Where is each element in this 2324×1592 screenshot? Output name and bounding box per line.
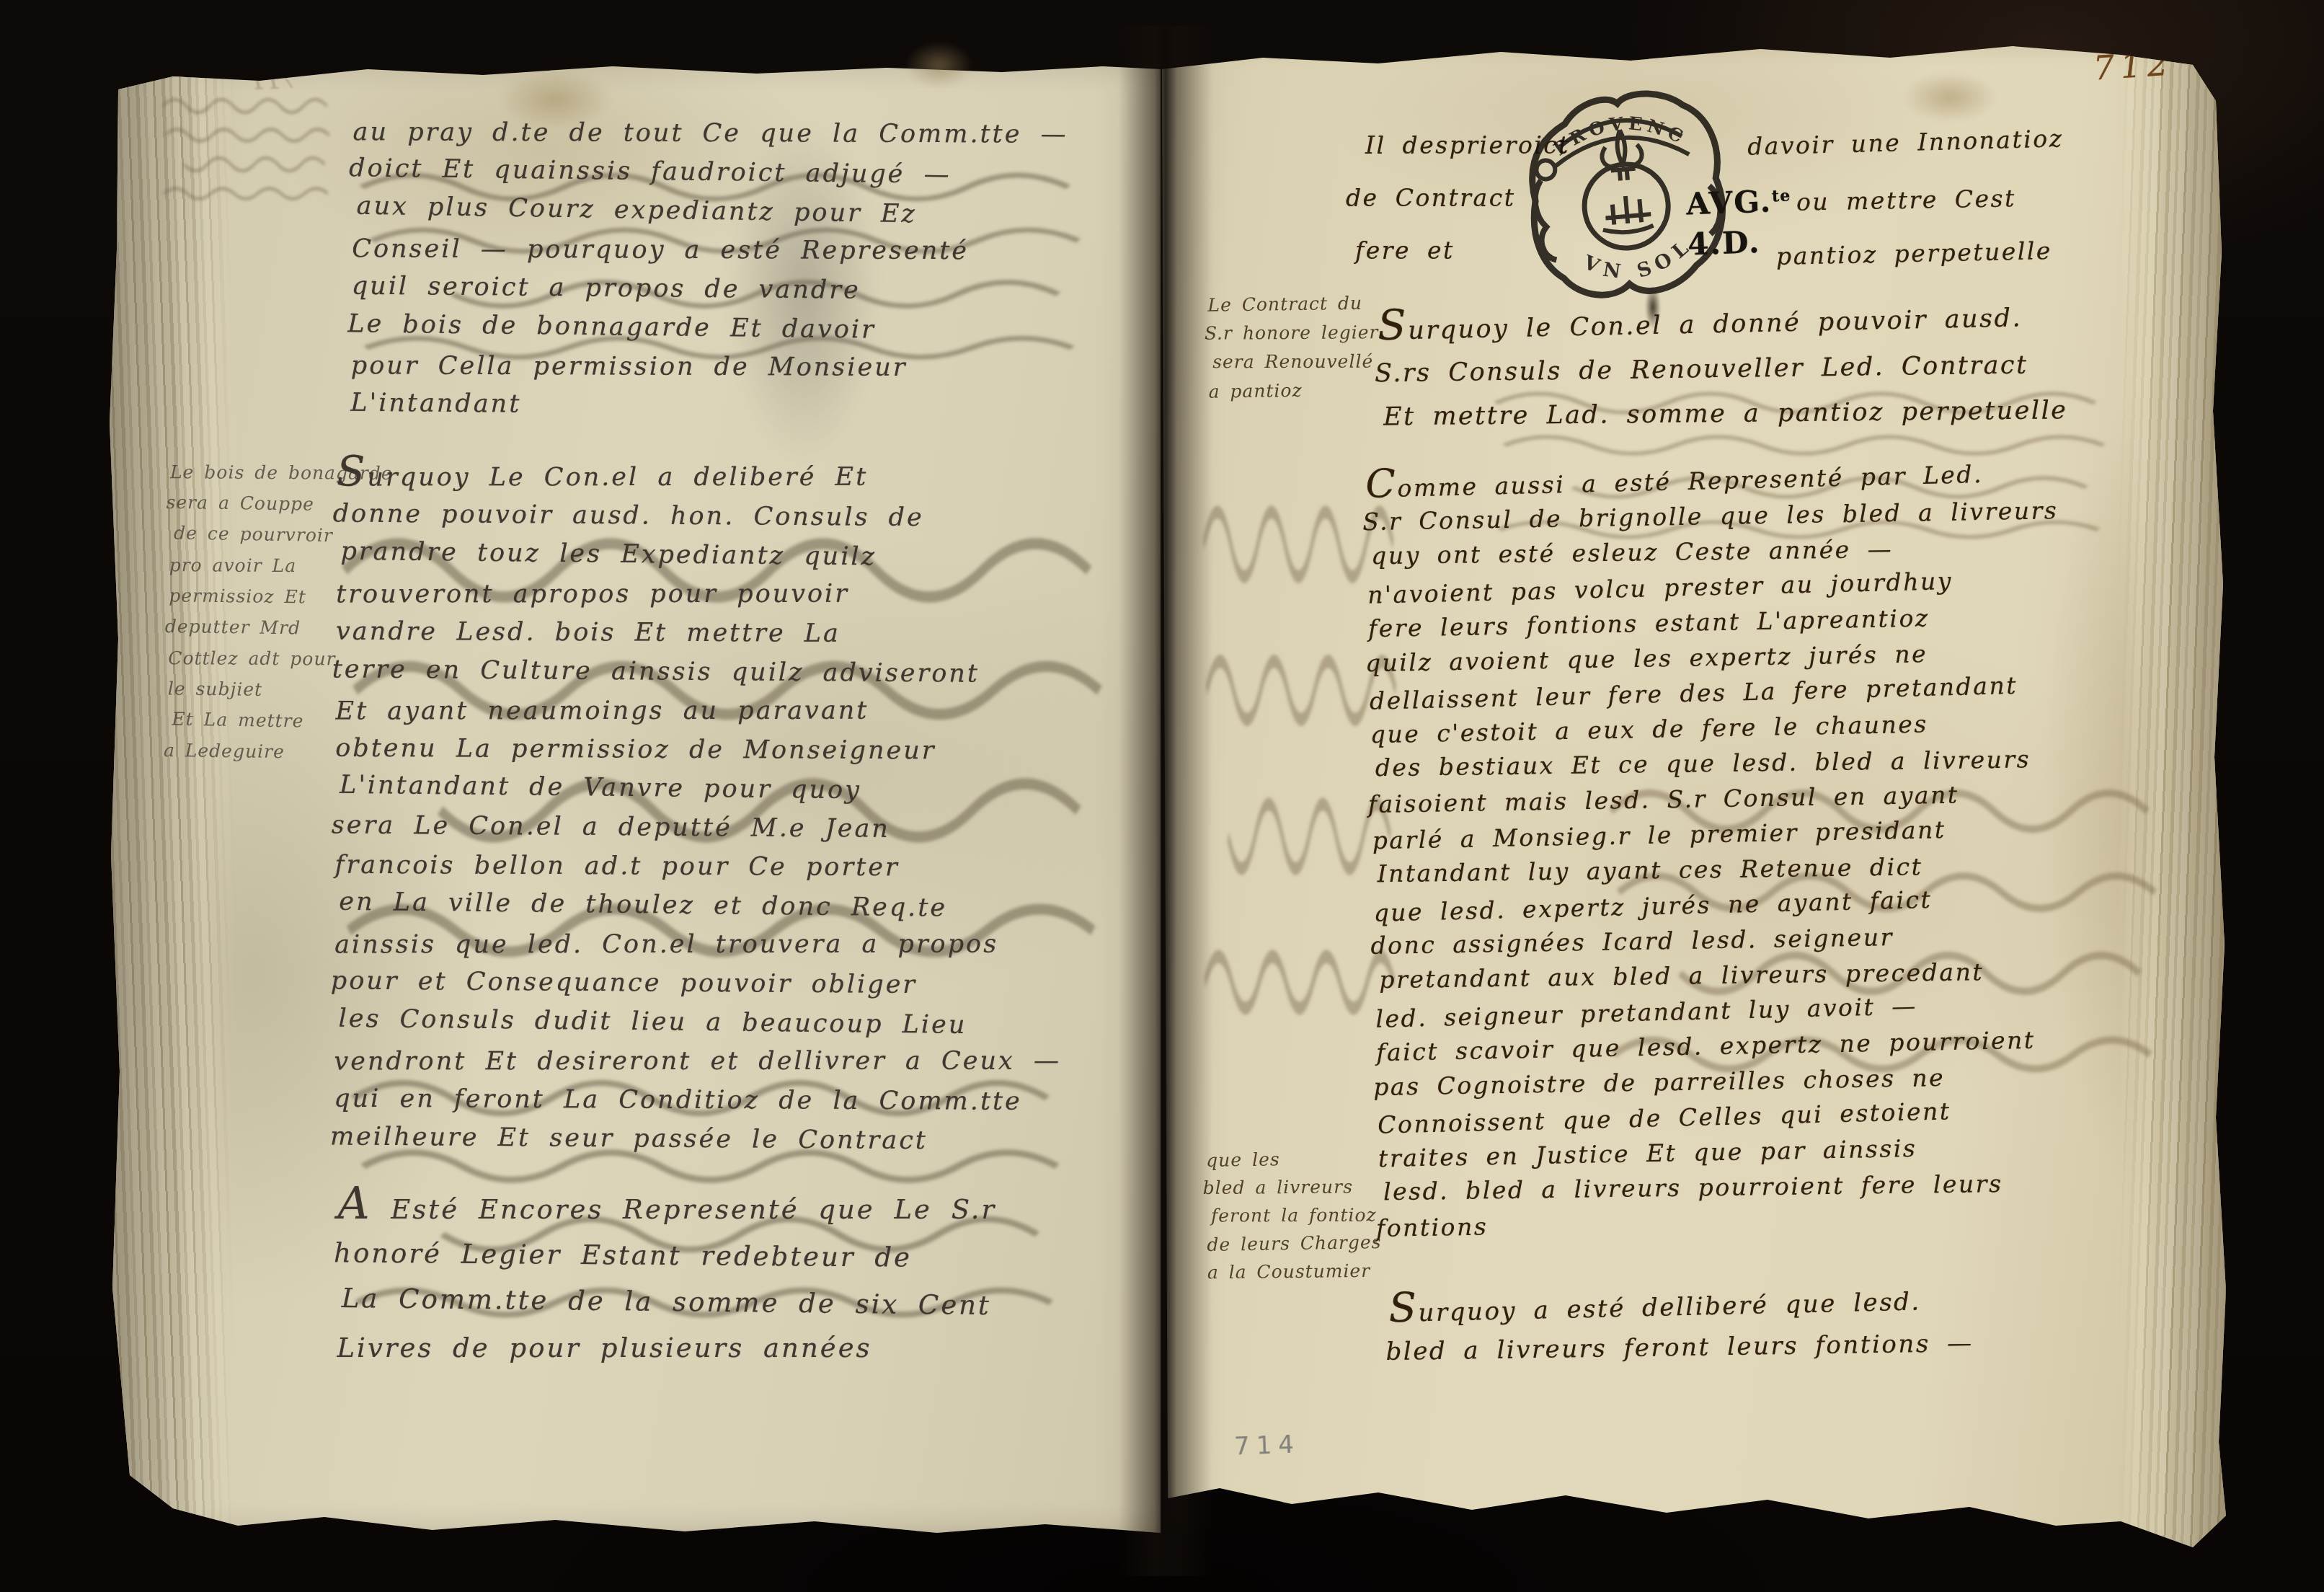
manuscript-line: Livres de pour plusieurs années	[337, 1325, 995, 1371]
manuscript-line: L'intandant	[350, 384, 1065, 429]
left-paragraph-3: A Esté Encores Representé que Le S.r hon…	[337, 1180, 996, 1374]
margin-note-line: a pantioz	[1208, 375, 1383, 406]
header-fragment: pantioz perpetuelle	[1776, 236, 2053, 270]
margin-note-line: S.r honore legier	[1205, 318, 1379, 348]
right-paragraph-1: Surquoy le Con.el a donné pouvoir ausd. …	[1378, 291, 2064, 442]
header-fragment: ou mettre Cest	[1796, 184, 2016, 216]
manuscript-line: meilheure Et seur passée le Contract	[330, 1117, 1057, 1161]
manuscript-line: francois bellon ad.t pour Ce porter	[335, 846, 1063, 888]
manuscript-line: vendront Et desireront et dellivrer a Ce…	[334, 1042, 1061, 1082]
manuscript-line: L'intandant de Vanvre pour quoy	[340, 766, 1067, 813]
left-paragraph-1: au pray d.te de tout Ce que la Comm.tte …	[350, 111, 1068, 429]
manuscript-line: vandre Lesd. bois Et mettre La	[336, 612, 1063, 654]
right-paragraph-3: Surquoy a esté delliberé que lesd. bled …	[1388, 1277, 1977, 1373]
stamp-surcharge-superscript: te	[1772, 186, 1791, 205]
left-paragraph-2: Surquoy Le Con.el a deliberé Et donne po…	[334, 450, 1064, 1160]
right-page: 712 Il desprieroict de Contract fere et …	[1162, 36, 2226, 1559]
stamp-surcharge-line: AVG.te	[1685, 176, 1791, 225]
right-margin-note-top: Le Contract du S.r honore legier sera Re…	[1207, 289, 1383, 406]
margin-note-line: de leurs Charges	[1207, 1228, 1382, 1259]
header-fragment: de Contract	[1346, 184, 1515, 212]
manuscript-line: obtenu La permissioz de Monseigneur	[335, 729, 1063, 771]
header-fragment: fere et	[1355, 236, 1455, 265]
manuscript-line: quil seroict a propos de vandre	[352, 267, 1067, 312]
manuscript-line: pour Cella permission de Monsieur	[351, 346, 1066, 387]
manuscript-line: au pray d.te de tout Ce que la Comm.tte …	[353, 112, 1068, 154]
margin-note-line: bled a livreurs	[1202, 1172, 1377, 1202]
stamp-surcharge-line: 4.D.	[1687, 221, 1793, 265]
manuscript-line: en La ville de thoulez et donc Req.te	[339, 883, 1066, 929]
manuscript-line: Surquoy Le Con.el a deliberé Et	[337, 451, 1064, 497]
right-paragraph-2: Comme aussi a esté Representé par Led. S…	[1365, 451, 2076, 1247]
left-page: 711 au pray d.te de tout Ce que la Comm.…	[108, 62, 1161, 1533]
header-fragment: davoir une Innonatioz	[1747, 124, 2064, 160]
margin-note-line: feront la fontioz	[1211, 1200, 1385, 1229]
stamp-surcharge: AVG.te 4.D.	[1685, 176, 1793, 265]
manuscript-line: honoré Legier Estant redebteur de	[334, 1230, 993, 1281]
right-margin-note-bottom: que les bled a livreurs feront la fontio…	[1206, 1144, 1382, 1287]
manuscript-line: terre en Culture ainssis quilz adviseron…	[332, 650, 1060, 694]
manuscript-line: Et ayant neaumoings au paravant	[336, 691, 1063, 731]
manuscript-line: Le bois de bonnagarde Et davoir	[347, 304, 1063, 351]
left-page-deckle-edge	[108, 62, 234, 1533]
pencil-folio-number: 714	[1233, 1430, 1300, 1461]
manuscript-line: pour et Consequance pouvoir obliger	[331, 961, 1058, 1005]
manuscript-line: La Comm.tte de la somme de six Cent	[341, 1275, 1000, 1329]
manuscript-line: sera Le Con.el a deputté M.e Jean	[332, 805, 1059, 849]
manuscript-line: les Consuls dudit lieu a beaucoup Lieu	[338, 999, 1065, 1046]
manuscript-line: bled a livreurs feront leurs fontions —	[1385, 1323, 1974, 1372]
manuscript-line: qui en feront La Conditioz de la Comm.tt…	[334, 1079, 1061, 1121]
margin-note-line: que les	[1206, 1144, 1381, 1175]
manuscript-line: ainssis que led. Con.el trouvera a propo…	[334, 925, 1062, 965]
margin-note-line: sera Renouvellé	[1212, 348, 1387, 377]
margin-note-line: Le Contract du	[1207, 288, 1382, 319]
manuscript-line: A Esté Encores Representé que Le S.r	[338, 1181, 997, 1233]
manuscript-line: prandre touz les Expediantz quilz	[340, 532, 1068, 579]
right-page-fore-edge	[2118, 36, 2226, 1559]
manuscript-line: Et mettre Lad. somme a pantioz perpetuel…	[1383, 388, 2068, 439]
margin-note-line: a la Coustumier	[1207, 1257, 1382, 1287]
manuscript-line: trouveront apropos pour pouvoir	[336, 575, 1063, 614]
manuscript-line: donne pouvoir ausd. hon. Consuls de	[333, 494, 1060, 538]
manuscript-line: S.rs Consuls de Renouveller Led. Contrac…	[1375, 342, 2059, 396]
manuscript-line: Conseil — pourquoy a esté Representé	[352, 229, 1067, 270]
